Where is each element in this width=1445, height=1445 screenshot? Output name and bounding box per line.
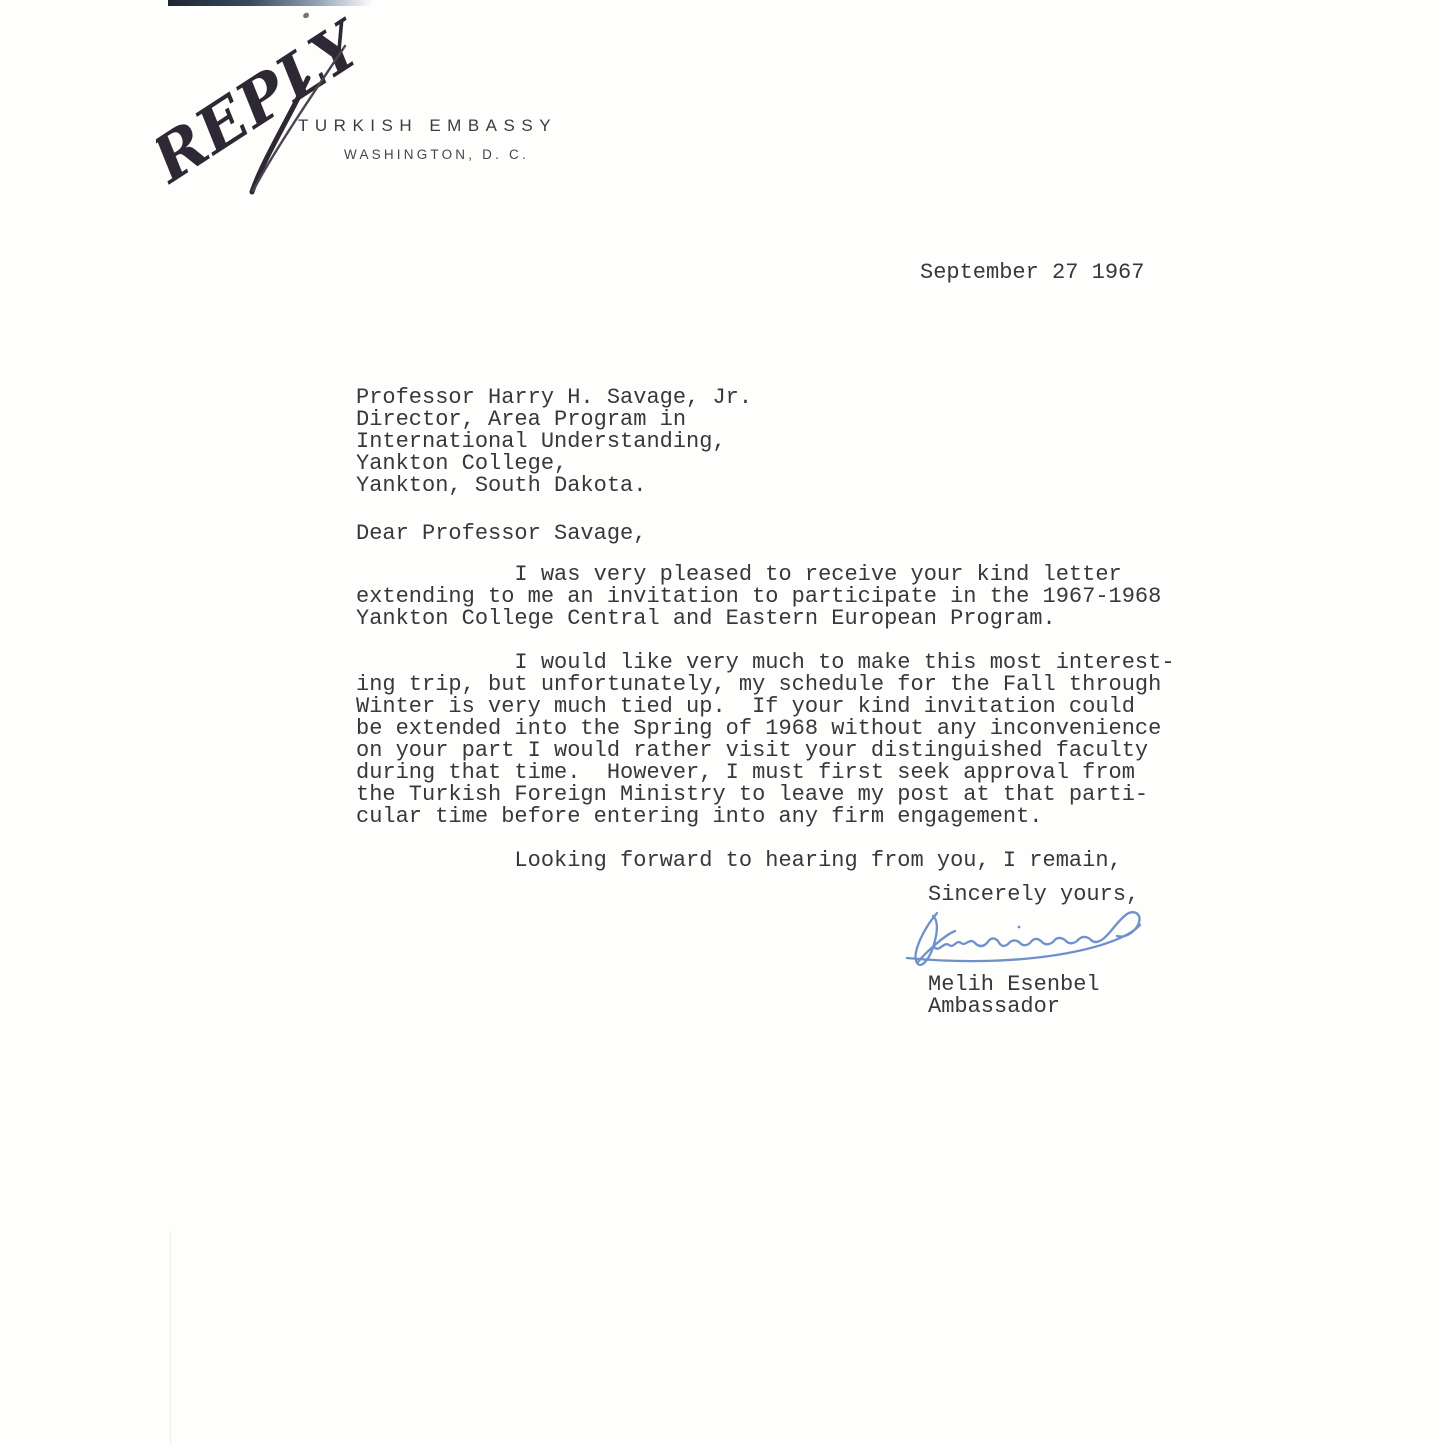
- signature-i-dot: [1018, 926, 1021, 929]
- letter-page: REPLY TURKISH EMBASSY WASHINGTON, D. C. …: [0, 0, 1445, 1445]
- signature-initial-stroke: [916, 913, 955, 965]
- letterhead-embassy-name: TURKISH EMBASSY: [298, 117, 557, 134]
- signature-underline-stroke: [907, 925, 1140, 961]
- paper-left-edge: [170, 1230, 171, 1445]
- recipient-address: Professor Harry H. Savage, Jr. Director,…: [356, 387, 752, 497]
- signer-title: Ambassador: [928, 996, 1060, 1018]
- body-paragraph-3: Looking forward to hearing from you, I r…: [356, 850, 1122, 872]
- reply-handwriting: REPLY: [156, 12, 366, 198]
- letterhead-city: WASHINGTON, D. C.: [344, 148, 529, 162]
- signature-handwriting: [893, 901, 1183, 981]
- scan-artifact-bar: [168, 0, 373, 6]
- body-paragraph-1: I was very pleased to receive your kind …: [356, 564, 1161, 630]
- reply-annotation: REPLY: [156, 12, 366, 207]
- letter-date: September 27 1967: [920, 262, 1144, 284]
- body-paragraph-2: I would like very much to make this most…: [356, 652, 1175, 828]
- salutation: Dear Professor Savage,: [356, 523, 646, 545]
- signer-name: Melih Esenbel: [928, 974, 1100, 996]
